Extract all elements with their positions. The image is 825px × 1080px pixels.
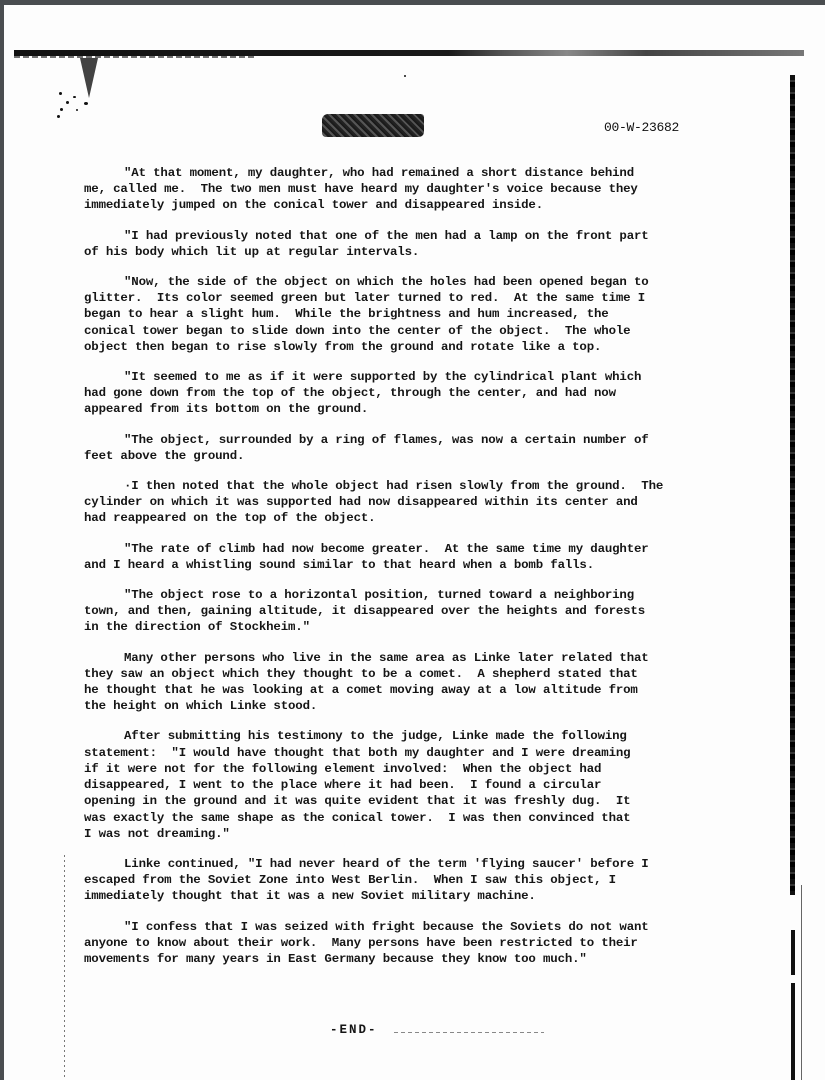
paragraph: "Now, the side of the object on which th… [84, 274, 724, 355]
paragraph: "At that moment, my daughter, who had re… [84, 165, 724, 214]
document-body: "At that moment, my daughter, who had re… [84, 165, 724, 981]
right-margin-bar [790, 75, 795, 895]
text-line: if it were not for the following element… [84, 761, 724, 777]
text-line: disappeared, I went to the place where i… [84, 777, 724, 793]
text-line: and I heard a whistling sound similar to… [84, 557, 724, 573]
paragraph: Linke continued, "I had never heard of t… [84, 856, 724, 905]
paragraph: "The rate of climb had now become greate… [84, 541, 724, 573]
text-line: was exactly the same shape as the conica… [84, 810, 724, 826]
text-line: immediately thought that it was a new So… [84, 888, 724, 904]
text-line: "It seemed to me as if it were supported… [84, 369, 724, 385]
text-line: in the direction of Stockheim." [84, 619, 724, 635]
document-number: 00-W-23682 [604, 120, 679, 135]
text-line: movements for many years in East Germany… [84, 951, 724, 967]
text-line: anyone to know about their work. Many pe… [84, 935, 724, 951]
text-line: ·I then noted that the whole object had … [84, 478, 724, 494]
text-line: Linke continued, "I had never heard of t… [84, 856, 724, 872]
text-line: After submitting his testimony to the ju… [84, 728, 724, 744]
text-line: "The object rose to a horizontal positio… [84, 587, 724, 603]
scanned-document-page: 00-W-23682 "At that moment, my daughter,… [4, 5, 825, 1080]
text-line: began to hear a slight hum. While the br… [84, 306, 724, 322]
text-line: I was not dreaming." [84, 826, 724, 842]
text-line: glitter. Its color seemed green but late… [84, 290, 724, 306]
paragraph: Many other persons who live in the same … [84, 650, 724, 715]
end-dashed-line [394, 1032, 544, 1033]
paragraph: "The object, surrounded by a ring of fla… [84, 432, 724, 464]
text-line: "I confess that I was seized with fright… [84, 919, 724, 935]
redacted-classification-stamp [322, 114, 424, 137]
paragraph: "I confess that I was seized with fright… [84, 919, 724, 968]
end-mark: -END- [330, 1023, 378, 1037]
text-line: statement: "I would have thought that bo… [84, 745, 724, 761]
paragraph: ·I then noted that the whole object had … [84, 478, 724, 527]
text-line: had gone down from the top of the object… [84, 385, 724, 401]
text-line: escaped from the Soviet Zone into West B… [84, 872, 724, 888]
text-line: immediately jumped on the conical tower … [84, 197, 724, 213]
text-line: feet above the ground. [84, 448, 724, 464]
text-line: they saw an object which they thought to… [84, 666, 724, 682]
right-margin-bar-lower [791, 930, 795, 975]
text-line: town, and then, gaining altitude, it dis… [84, 603, 724, 619]
top-border-rule-dotted [14, 56, 254, 58]
text-line: appeared from its bottom on the ground. [84, 401, 724, 417]
text-line: object then began to rise slowly from th… [84, 339, 724, 355]
text-line: cylinder on which it was supported had n… [84, 494, 724, 510]
paragraph: "I had previously noted that one of the … [84, 228, 724, 260]
ink-smudge-mark [80, 58, 98, 98]
text-line: he thought that he was looking at a come… [84, 682, 724, 698]
text-line: "At that moment, my daughter, who had re… [84, 165, 724, 181]
right-edge-line [801, 885, 802, 1080]
text-line: me, called me. The two men must have hea… [84, 181, 724, 197]
text-line: had reappeared on the top of the object. [84, 510, 724, 526]
text-line: Many other persons who live in the same … [84, 650, 724, 666]
paragraph: "It seemed to me as if it were supported… [84, 369, 724, 418]
text-line: "I had previously noted that one of the … [84, 228, 724, 244]
text-line: "The rate of climb had now become greate… [84, 541, 724, 557]
text-line: conical tower began to slide down into t… [84, 323, 724, 339]
text-line: opening in the ground and it was quite e… [84, 793, 724, 809]
right-margin-bar-bottom [791, 983, 795, 1080]
left-margin-dotted-line [64, 855, 65, 1080]
text-line: of his body which lit up at regular inte… [84, 244, 724, 260]
text-line: the height on which Linke stood. [84, 698, 724, 714]
paragraph: After submitting his testimony to the ju… [84, 728, 724, 841]
paragraph: "The object rose to a horizontal positio… [84, 587, 724, 636]
text-line: "The object, surrounded by a ring of fla… [84, 432, 724, 448]
text-line: "Now, the side of the object on which th… [84, 274, 724, 290]
